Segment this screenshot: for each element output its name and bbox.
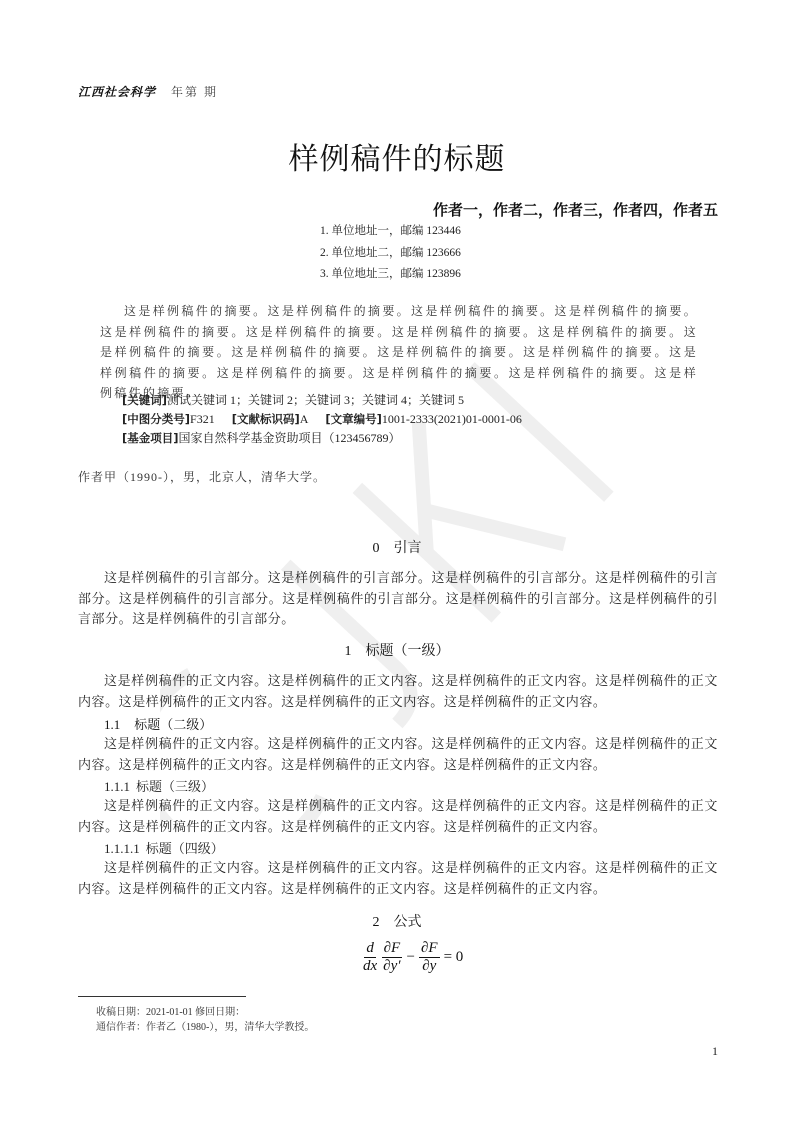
section-heading-1-1: 1.1标题（二级） [104, 714, 212, 733]
affiliation-list: 1. 单位地址一，邮编 123446 2. 单位地址二，邮编 123666 3.… [320, 221, 461, 286]
doc-code-value: A [300, 412, 309, 426]
minus-sign: − [407, 949, 415, 966]
author-list: 作者一，作者二，作者三，作者四，作者五 [433, 199, 718, 220]
doc-code-label: [文献标识码] [232, 412, 300, 426]
fund-value: 国家自然科学基金资助项目（123456789） [179, 431, 401, 445]
euler-lagrange-formula: d dx ∂F ∂y′ − ∂F ∂y = 0 [360, 940, 466, 975]
fraction-dF-dy: ∂F ∂y [419, 940, 440, 975]
equals-zero: = 0 [444, 949, 464, 966]
section-heading-1: 1标题（一级） [0, 640, 794, 660]
affiliation-item: 3. 单位地址三，邮编 123896 [320, 264, 461, 286]
affiliation-item: 1. 单位地址一，邮编 123446 [320, 221, 461, 243]
keywords-label: [关键词] [122, 393, 167, 407]
clc-value: F321 [190, 412, 215, 426]
keywords-value: 测试关键词 1；关键词 2；关键词 3；关键词 4；关键词 5 [167, 393, 464, 407]
journal-header: 江西社会科学 年第 期 [78, 83, 218, 100]
author-bio: 作者甲（1990-），男，北京人，清华大学。 [78, 468, 326, 485]
fraction-dF-dyprime: ∂F ∂y′ [381, 940, 402, 975]
metadata-block: [关键词]测试关键词 1；关键词 2；关键词 3；关键词 4；关键词 5 [中图… [122, 391, 522, 448]
footnote-divider [78, 996, 246, 997]
page-number: 1 [712, 1044, 718, 1059]
affiliation-item: 2. 单位地址二，邮编 123666 [320, 243, 461, 265]
footnote-dates: 收稿日期：2021-01-01 修回日期： [96, 1003, 245, 1018]
footnote-correspondence: 通信作者：作者乙（1980-），男，清华大学教授。 [96, 1018, 314, 1033]
article-no-value: 1001-2333(2021)01-0001-06 [382, 412, 522, 426]
section-1-1-paragraph: 这是样例稿件的正文内容。这是样例稿件的正文内容。这是样例稿件的正文内容。这是样例… [78, 734, 718, 775]
section-heading-1-1-1: 1.1.1标题（三级） [104, 776, 214, 795]
section-1-1-1-1-paragraph: 这是样例稿件的正文内容。这是样例稿件的正文内容。这是样例稿件的正文内容。这是样例… [78, 858, 718, 899]
issue-label: 年第 期 [171, 85, 218, 99]
clc-label: [中图分类号] [122, 412, 190, 426]
paper-title: 样例稿件的标题 [0, 134, 794, 178]
fraction-d-dx: d dx [361, 940, 379, 975]
fund-line: [基金项目]国家自然科学基金资助项目（123456789） [122, 429, 522, 448]
journal-name: 江西社会科学 [78, 85, 156, 99]
section-heading-1-1-1-1: 1.1.1.1标题（四级） [104, 838, 224, 857]
section-heading-intro: 0引言 [0, 537, 794, 557]
keywords-line: [关键词]测试关键词 1；关键词 2；关键词 3；关键词 4；关键词 5 [122, 391, 522, 410]
intro-paragraph: 这是样例稿件的引言部分。这是样例稿件的引言部分。这是样例稿件的引言部分。这是样例… [78, 568, 718, 630]
classification-line: [中图分类号]F321 [文献标识码]A [文章编号]1001-2333(202… [122, 410, 522, 429]
section-heading-2: 2公式 [0, 911, 794, 931]
section-1-paragraph: 这是样例稿件的正文内容。这是样例稿件的正文内容。这是样例稿件的正文内容。这是样例… [78, 671, 718, 712]
abstract: 这是样例稿件的摘要。这是样例稿件的摘要。这是样例稿件的摘要。这是样例稿件的摘要。… [100, 301, 698, 404]
article-no-label: [文章编号] [325, 412, 382, 426]
section-1-1-1-paragraph: 这是样例稿件的正文内容。这是样例稿件的正文内容。这是样例稿件的正文内容。这是样例… [78, 796, 718, 837]
fund-label: [基金项目] [122, 431, 179, 445]
